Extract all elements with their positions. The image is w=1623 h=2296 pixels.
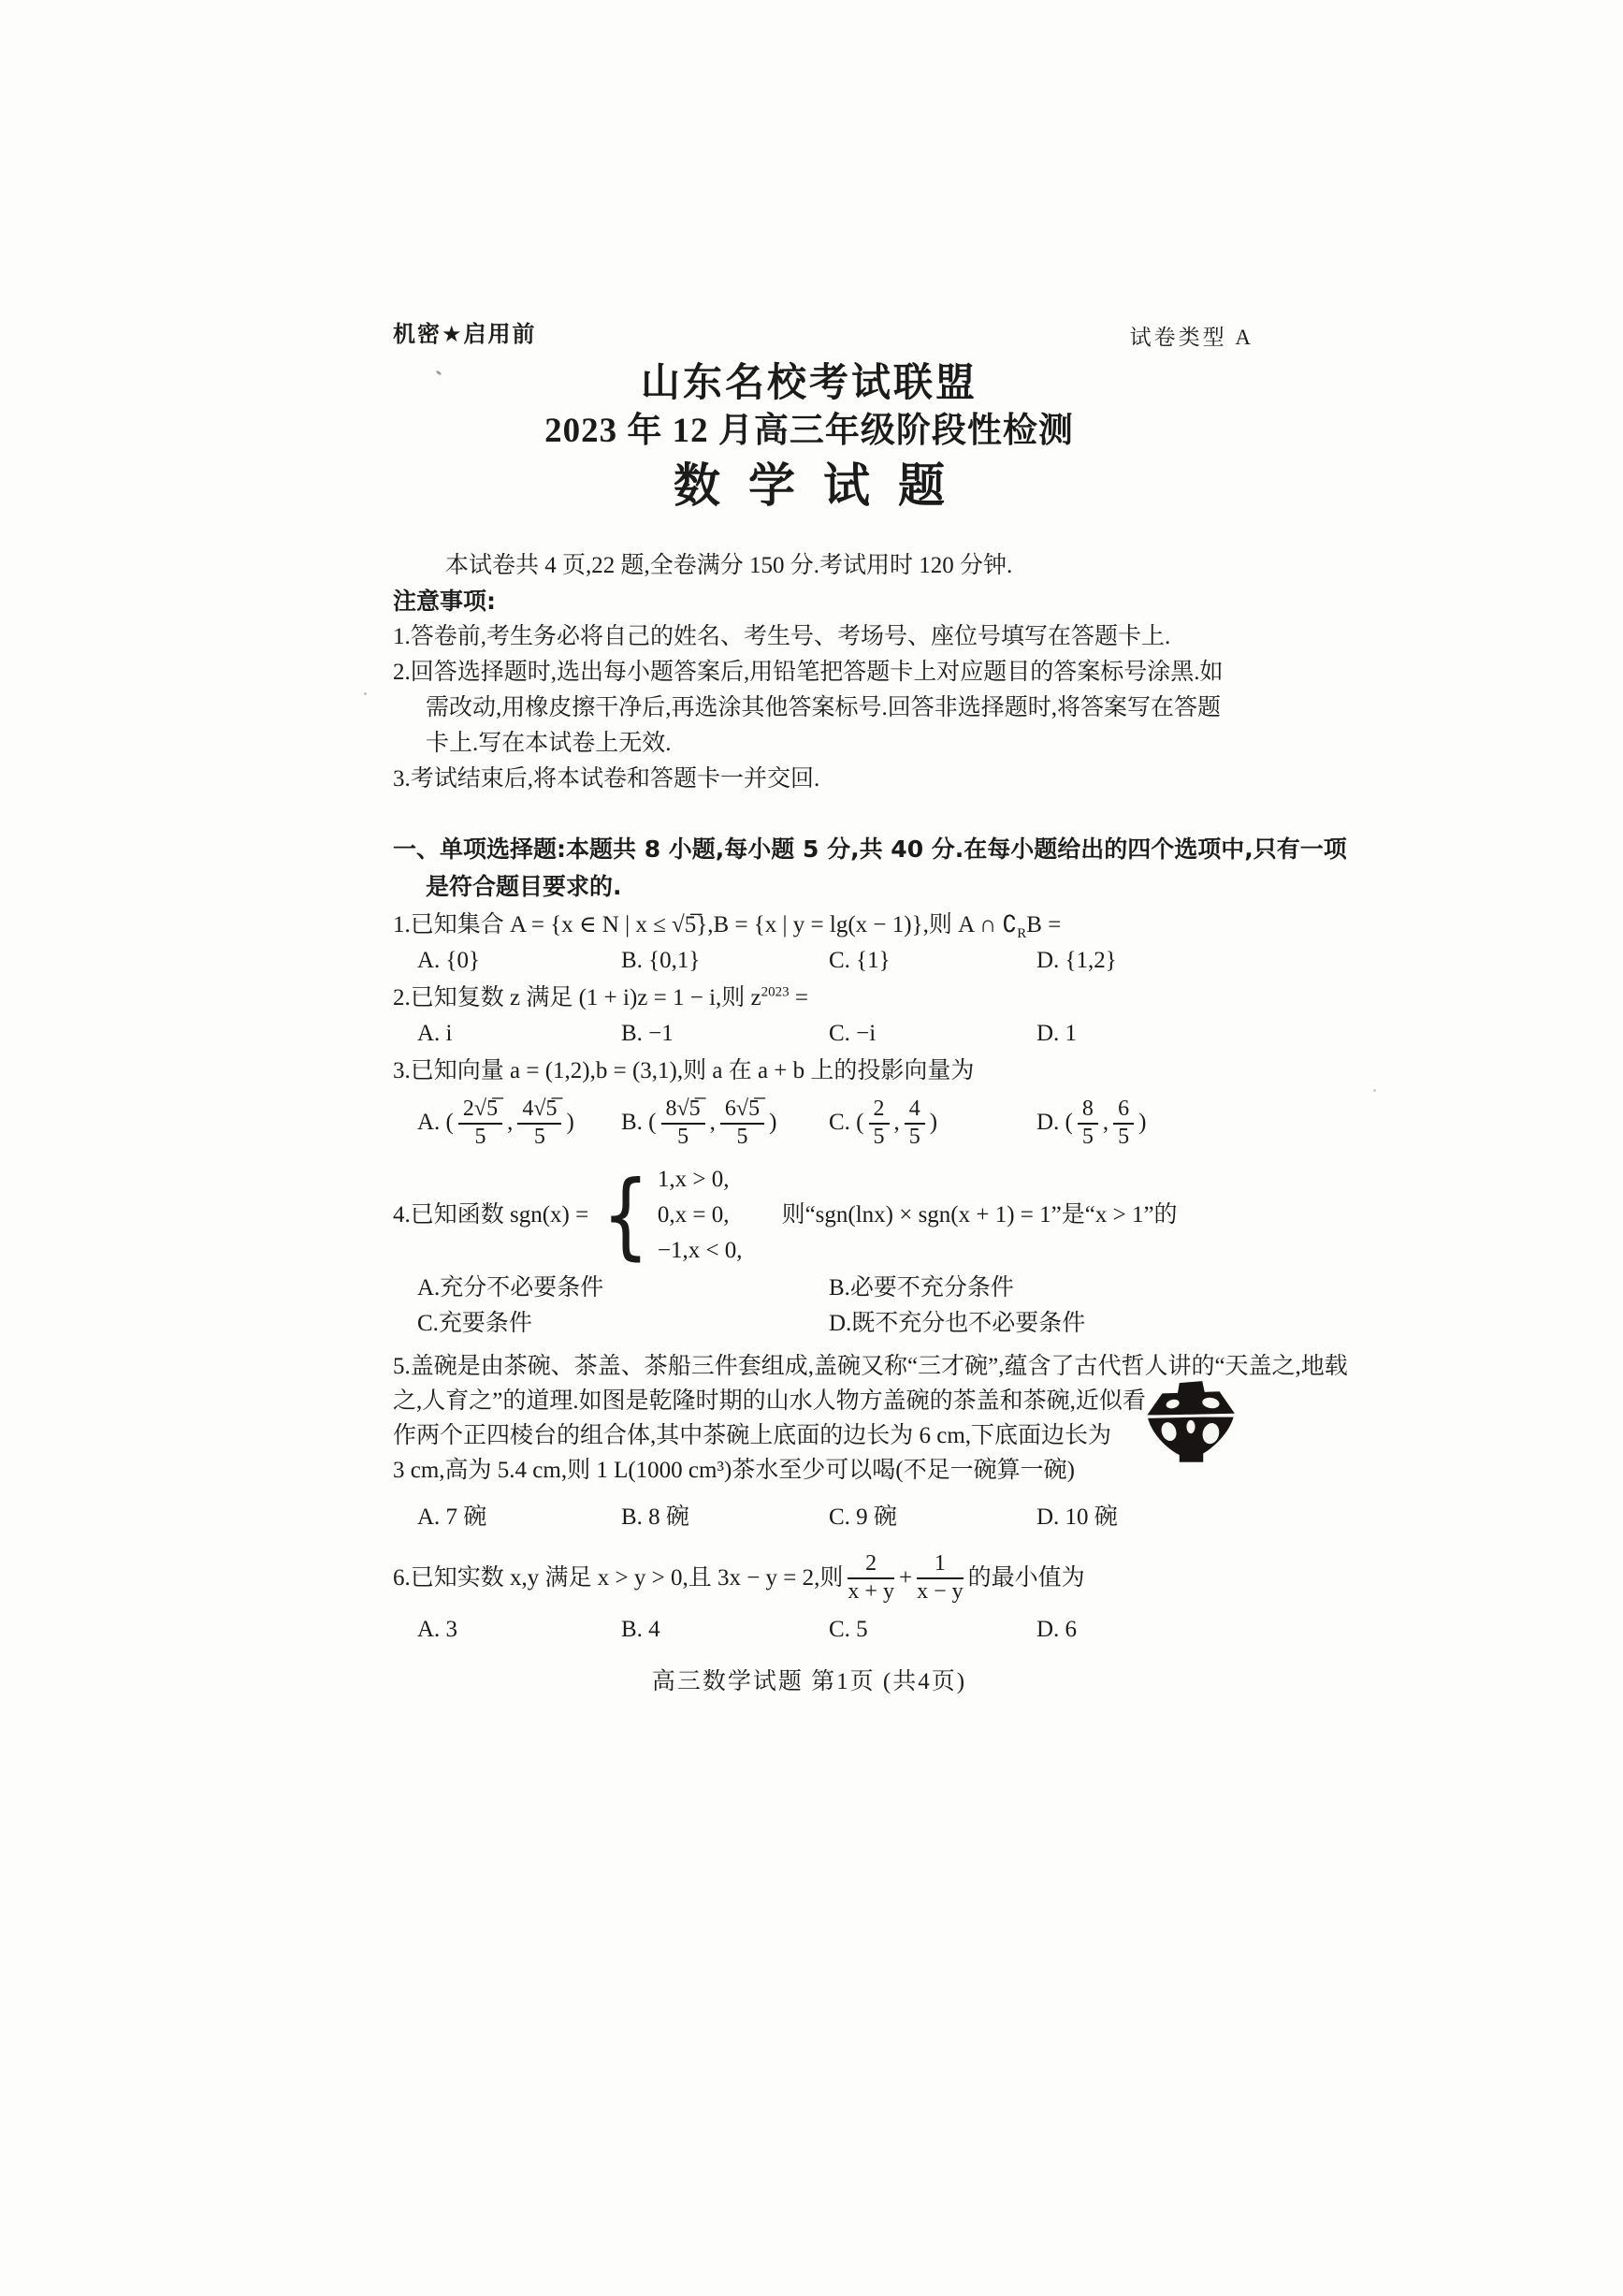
q5-stem-line2: 之,人育之”的道理.如图是乾隆时期的山水人物方盖碗的茶盖和茶碗,近似看: [393, 1384, 1225, 1418]
fraction-denominator: 5: [1078, 1125, 1098, 1150]
q5-option-a: A. 7 碗: [417, 1500, 621, 1535]
fraction-denominator: 5: [517, 1125, 561, 1150]
question-3-stem: 3.已知向量 a = (1,2),b = (3,1),则 a 在 a + b 上…: [393, 1054, 1225, 1089]
fraction-numerator: 2: [869, 1097, 890, 1125]
fraction-numerator: 4: [905, 1097, 925, 1125]
question-3-options: A. (2√5̅5,4√5̅5) B. (8√5̅5,6√5̅5) C. (25…: [393, 1089, 1225, 1158]
fraction-numerator: 1: [917, 1552, 964, 1579]
piecewise-case-3: −1,x < 0,: [658, 1233, 743, 1269]
exam-subject-title: 数学试题: [393, 455, 1225, 516]
exam-intro: 本试卷共 4 页,22 题,全卷满分 150 分.考试用时 120 分钟.: [393, 548, 1225, 584]
question-2: 2.已知复数 z 满足 (1 + i)z = 1 − i,则 z2023 = A…: [393, 981, 1225, 1052]
question-4: 4.已知函数 sgn(x) = { 1,x > 0, 0,x = 0, −1,x…: [393, 1162, 1225, 1342]
q4-stem-text: 4.已知函数 sgn(x) =: [393, 1198, 588, 1233]
q6-option-a: A. 3: [417, 1612, 621, 1648]
page-header: 机密★启用前 试卷类型 A: [393, 316, 1225, 348]
fraction-numerator: 2: [848, 1552, 894, 1579]
plus-sign: +: [899, 1561, 912, 1596]
q5-option-d: D. 10 碗: [1036, 1500, 1225, 1535]
q3-option-b-label: B. (: [621, 1110, 657, 1135]
exam-organization-title: 山东名校考试联盟: [393, 359, 1225, 408]
notice-item-2: 2.回答选择题时,选出每小题答案后,用铅笔把答题卡上对应题目的答案标号涂黑.如需…: [393, 655, 1225, 762]
fraction-numerator: 8: [1078, 1097, 1098, 1125]
exam-session-title: 2023 年 12 月高三年级阶段性检测: [393, 408, 1225, 455]
q3-option-d: D. (85,65): [1036, 1097, 1225, 1150]
q1-option-d: D. {1,2}: [1036, 943, 1225, 979]
notice-item-3: 3.考试结束后,将本试卷和答题卡一并交回.: [393, 762, 1225, 797]
classification-label: 机密★启用前: [393, 316, 537, 352]
fraction: 4√5̅5: [517, 1097, 561, 1150]
question-5-options: A. 7 碗 B. 8 碗 C. 9 碗 D. 10 碗: [393, 1500, 1225, 1535]
q2-stem-end: =: [790, 985, 808, 1010]
q2-option-d: D. 1: [1036, 1016, 1225, 1052]
fraction: 8√5̅5: [661, 1097, 705, 1150]
q5-stem-line3: 作两个正四棱台的组合体,其中茶碗上底面的边长为 6 cm,下底面边长为: [393, 1418, 1225, 1453]
paper-type-label: 试卷类型 A: [1130, 320, 1253, 356]
q6-option-d: D. 6: [1036, 1612, 1225, 1648]
question-2-options: A. i B. −1 C. −i D. 1: [393, 1016, 1225, 1052]
fraction-numerator: 8√5̅: [661, 1097, 705, 1125]
q4-option-a: A.充分不必要条件: [417, 1271, 829, 1306]
fraction: 2√5̅5: [458, 1097, 502, 1150]
q5-stem-line4: 3 cm,高为 5.4 cm,则 1 L(1000 cm³)茶水至少可以喝(不足…: [393, 1453, 1225, 1488]
fraction-denominator: 5: [1113, 1125, 1134, 1150]
q4-option-c: C.充要条件: [417, 1306, 829, 1342]
question-4-options-row2: C.充要条件 D.既不充分也不必要条件: [393, 1306, 1225, 1342]
question-2-stem: 2.已知复数 z 满足 (1 + i)z = 1 − i,则 z2023 =: [393, 981, 1225, 1016]
fraction-numerator: 4√5̅: [517, 1097, 561, 1125]
q2-option-b: B. −1: [621, 1016, 829, 1052]
q6-option-c: C. 5: [829, 1612, 1036, 1648]
question-3: 3.已知向量 a = (1,2),b = (3,1),则 a 在 a + b 上…: [393, 1054, 1225, 1158]
q1-option-c: C. {1}: [829, 943, 1036, 979]
fraction: 45: [905, 1097, 925, 1150]
fraction-numerator: 2√5̅: [458, 1097, 502, 1125]
question-1-stem: 1.已知集合 A = {x ∈ N | x ≤ √5̅},B = {x | y …: [393, 908, 1225, 943]
q4-stem-end: 则“sgn(lnx) × sgn(x + 1) = 1”是“x > 1”的: [782, 1198, 1178, 1233]
q3-option-d-label: D. (: [1036, 1110, 1073, 1135]
question-6: 6.已知实数 x,y 满足 x > y > 0,且 3x − y = 2,则 2…: [393, 1545, 1225, 1648]
q2-option-c: C. −i: [829, 1016, 1036, 1052]
q2-stem-text: 2.已知复数 z 满足 (1 + i)z = 1 − i,则 z: [393, 985, 761, 1010]
fraction: 2x + y: [848, 1552, 894, 1605]
close-paren: ): [566, 1110, 573, 1135]
question-1-options: A. {0} B. {0,1} C. {1} D. {1,2}: [393, 943, 1225, 979]
separator: ,: [894, 1110, 900, 1135]
q1-option-a: A. {0}: [417, 943, 621, 979]
q1-option-b: B. {0,1}: [621, 943, 829, 979]
fraction-denominator: 5: [661, 1125, 705, 1150]
close-paren: ): [930, 1110, 937, 1135]
close-paren: ): [769, 1110, 776, 1135]
separator: ,: [710, 1110, 716, 1135]
piecewise-case-2: 0,x = 0,: [658, 1198, 743, 1233]
question-4-stem: 4.已知函数 sgn(x) = { 1,x > 0, 0,x = 0, −1,x…: [393, 1162, 1225, 1269]
scan-speck: [1373, 1089, 1376, 1092]
q1-stem-text: 1.已知集合 A = {x ∈ N | x ≤ √5̅},B = {x | y …: [393, 912, 1017, 937]
fraction-denominator: x + y: [848, 1579, 894, 1605]
q1-complement-subscript: R: [1017, 926, 1026, 941]
q2-option-a: A. i: [417, 1016, 621, 1052]
close-paren: ): [1138, 1110, 1146, 1135]
q6-stem-end: 的最小值为: [968, 1561, 1085, 1596]
separator: ,: [1103, 1110, 1109, 1135]
fraction-numerator: 6√5̅: [720, 1097, 764, 1125]
piecewise-case-1: 1,x > 0,: [658, 1162, 743, 1198]
q1-stem-end: B =: [1026, 912, 1061, 937]
q6-option-b: B. 4: [621, 1612, 829, 1648]
separator: ,: [507, 1110, 513, 1135]
page-content: 机密★启用前 试卷类型 A 山东名校考试联盟 2023 年 12 月高三年级阶段…: [393, 316, 1225, 1700]
fraction-denominator: 5: [905, 1125, 925, 1150]
fraction: 1x − y: [917, 1552, 964, 1605]
fraction: 65: [1113, 1097, 1134, 1150]
q3-option-a: A. (2√5̅5,4√5̅5): [417, 1097, 621, 1150]
q4-option-b: B.必要不充分条件: [829, 1271, 1225, 1306]
notice-heading: 注意事项:: [393, 584, 1225, 619]
fraction: 6√5̅5: [720, 1097, 764, 1150]
q5-option-b: B. 8 碗: [621, 1500, 829, 1535]
q3-option-a-label: A. (: [417, 1110, 454, 1135]
fraction-denominator: 5: [869, 1125, 890, 1150]
notice-item-1: 1.答卷前,考生务必将自己的姓名、考生号、考场号、座位号填写在答题卡上.: [393, 619, 1225, 655]
question-6-stem: 6.已知实数 x,y 满足 x > y > 0,且 3x − y = 2,则 2…: [393, 1545, 1225, 1612]
question-5: 5.盖碗是由茶碗、茶盖、茶船三件套组成,盖碗又称“三才碗”,蕴含了古代哲人讲的“…: [393, 1349, 1225, 1535]
page-footer: 高三数学试题 第1页 (共4页): [393, 1664, 1225, 1700]
q3-option-b: B. (8√5̅5,6√5̅5): [621, 1097, 829, 1150]
fraction-denominator: 5: [720, 1125, 764, 1150]
q3-option-c-label: C. (: [829, 1110, 864, 1135]
section-heading-line2: 是符合题目要求的.: [393, 868, 1225, 906]
fraction: 85: [1078, 1097, 1098, 1150]
question-6-options: A. 3 B. 4 C. 5 D. 6: [393, 1612, 1225, 1648]
q4-option-d: D.既不充分也不必要条件: [829, 1306, 1225, 1342]
question-4-options-row1: A.充分不必要条件 B.必要不充分条件: [393, 1271, 1225, 1306]
gaiwan-teabowl-image: [1141, 1381, 1240, 1473]
piecewise-cases: 1,x > 0, 0,x = 0, −1,x < 0,: [658, 1162, 743, 1269]
section-heading-line1: 一、单项选择题:本题共 8 小题,每小题 5 分,共 40 分.在每小题给出的四…: [393, 831, 1225, 868]
fraction-denominator: x − y: [917, 1579, 964, 1605]
question-1: 1.已知集合 A = {x ∈ N | x ≤ √5̅},B = {x | y …: [393, 908, 1225, 979]
fraction: 25: [869, 1097, 890, 1150]
fraction-denominator: 5: [458, 1125, 502, 1150]
q6-stem-text: 6.已知实数 x,y 满足 x > y > 0,且 3x − y = 2,则: [393, 1561, 843, 1596]
q5-option-c: C. 9 碗: [829, 1500, 1036, 1535]
piecewise-brace-icon: {: [602, 1162, 650, 1269]
scanned-exam-page: 机密★启用前 试卷类型 A 山东名校考试联盟 2023 年 12 月高三年级阶段…: [0, 0, 1623, 2296]
fraction-numerator: 6: [1113, 1097, 1134, 1125]
q3-option-c: C. (25,45): [829, 1097, 1036, 1150]
scan-speck: [364, 692, 367, 695]
q5-stem-line1: 5.盖碗是由茶碗、茶盖、茶船三件套组成,盖碗又称“三才碗”,蕴含了古代哲人讲的“…: [393, 1349, 1225, 1384]
q2-exponent: 2023: [761, 985, 790, 1000]
